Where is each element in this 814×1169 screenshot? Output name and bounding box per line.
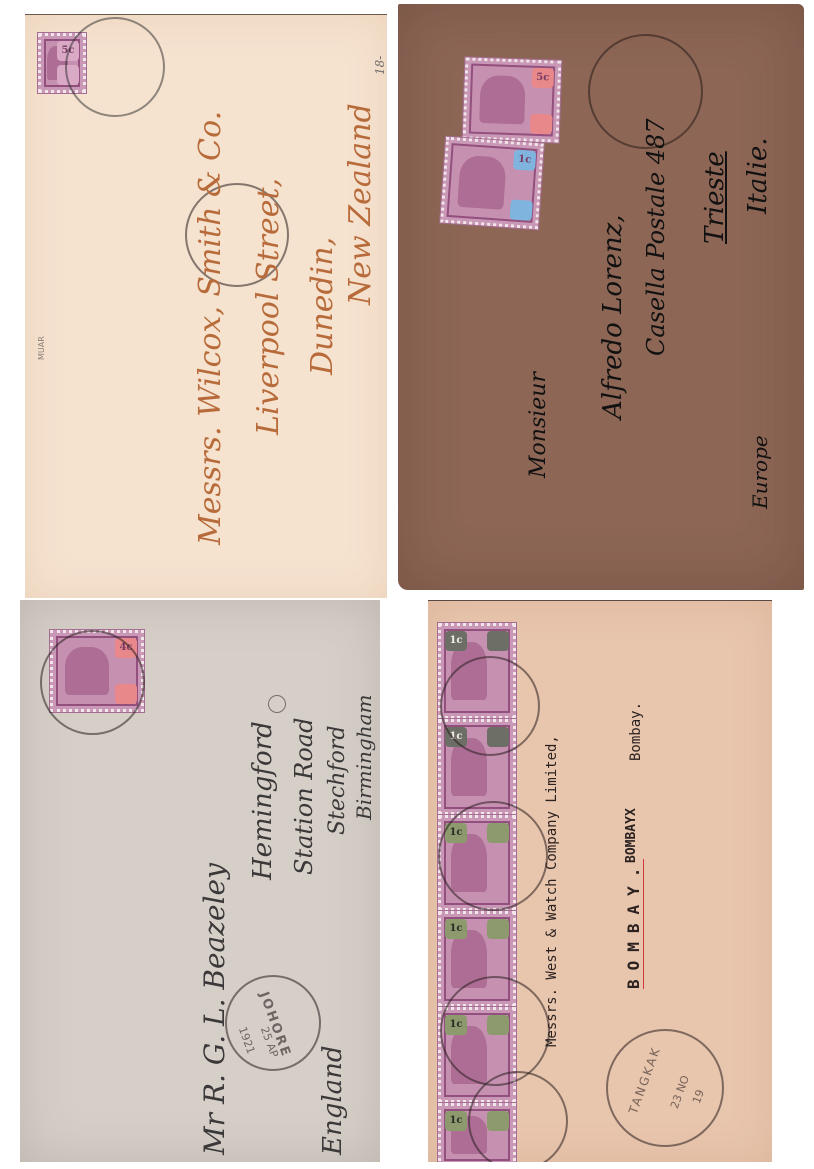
address-line: Station Road bbox=[290, 718, 318, 875]
address-line: Europe bbox=[748, 435, 772, 509]
address-line: Stechford bbox=[325, 726, 350, 835]
postmark-circle bbox=[468, 1071, 568, 1162]
address-line: Messrs. Wilcox, Smith & Co. bbox=[193, 111, 228, 545]
postmark-circle bbox=[440, 656, 540, 756]
corner-note: 18- bbox=[373, 56, 387, 75]
postmark-circle bbox=[40, 630, 145, 735]
address-line: England bbox=[318, 1045, 348, 1155]
stamp-1c: 1c bbox=[440, 137, 544, 230]
envelope-italy: 5c 1c Monsieur Alfredo Lorenz, Casella P… bbox=[398, 4, 804, 590]
address-line: Italie. bbox=[743, 137, 773, 214]
address-line: Liverpool Street, bbox=[251, 178, 286, 435]
envelope-bombay: 1c 1c 1c 1c 1c 1c TANGKAK 23 NO 19 Messr… bbox=[428, 600, 772, 1162]
address-line: Birmingham bbox=[352, 695, 376, 820]
pencil-note: MUAR bbox=[37, 336, 46, 360]
stamp-5c: 5c bbox=[463, 57, 562, 142]
typed-city-spaced: BOMBAY. bbox=[624, 859, 644, 989]
registration-mark bbox=[268, 695, 286, 713]
address-line: New Zealand bbox=[343, 103, 378, 305]
postmark-circle bbox=[438, 801, 548, 911]
postmark-circle bbox=[65, 17, 165, 117]
address-line: Trieste bbox=[700, 151, 730, 244]
envelope-new-zealand: 5c MUAR 18- Messrs. Wilcox, Smith & Co. … bbox=[25, 14, 387, 598]
address-line: Alfredo Lorenz, bbox=[598, 214, 628, 419]
typed-city: Bombay. bbox=[628, 702, 644, 761]
address-line: Hemingford bbox=[248, 721, 278, 880]
address-line: Monsieur bbox=[526, 372, 551, 478]
address-line: Dunedin, bbox=[305, 237, 340, 375]
typed-city-struck: BOMBAYX bbox=[624, 808, 639, 863]
postmark-circle bbox=[440, 976, 550, 1086]
envelope-england: 4c JOHORE 25 AP 1921 Mr R. G. L. Beazele… bbox=[20, 600, 380, 1162]
address-line: Casella Postale 487 bbox=[642, 118, 670, 356]
postmark-tangkak bbox=[606, 1029, 724, 1147]
typed-address-line: Messrs. West & Watch Company Limited, bbox=[544, 735, 560, 1047]
address-line: Mr R. G. L. Beazeley bbox=[198, 863, 231, 1155]
